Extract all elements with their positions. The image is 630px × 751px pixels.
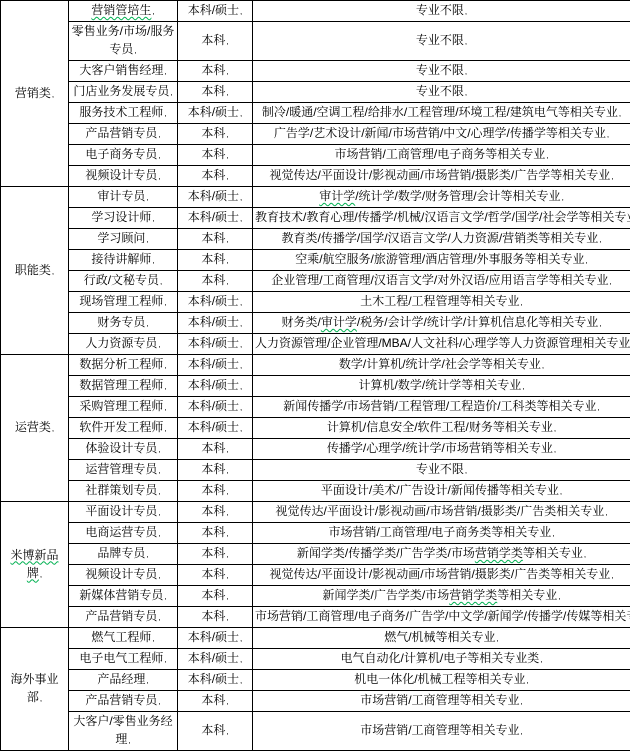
cell-text: 产品营销专员 <box>85 126 157 140</box>
cell-text: 审计专员 <box>97 189 145 203</box>
majors-cell: 新闻传播学/市场营销/工程管理/工程造价/工科类等相关专业, <box>253 397 630 418</box>
cell-end-mark: , <box>240 319 242 328</box>
cell-end-mark: , <box>128 736 130 745</box>
cell-text: 电子商务专员 <box>85 147 157 161</box>
cell-text: 本科 <box>201 525 225 539</box>
table-row: 电商运营专员,本科,市场营销/工商管理/电子商务类等相关专业, <box>1 523 630 544</box>
cell-text: 本科/硕士 <box>188 399 239 413</box>
cell-text: 视觉传达/平面设计/影视动画/市场营销/摄影类/广告类等相关专业 <box>270 567 611 581</box>
majors-cell: 市场营销/工商管理/电子商务类等相关专业, <box>253 523 630 544</box>
table-row: 海外事业部,燃气工程师,本科/硕士,燃气/机械等相关专业, <box>1 628 630 649</box>
majors-cell: 专业不限, <box>253 61 630 82</box>
cell-end-mark: , <box>152 634 154 643</box>
category-cell: 米博新品牌, <box>1 502 69 628</box>
position-cell: 平面设计专员, <box>69 502 178 523</box>
cell-text: 本科 <box>201 504 225 518</box>
cell-end-mark: , <box>146 676 148 685</box>
majors-cell: 新闻学类/传播学类/广告学类/市场营销学类等相关专业, <box>253 544 630 565</box>
majors-cell: 计算机/数学/统计学等相关专业, <box>253 376 630 397</box>
cell-end-mark: , <box>164 655 166 664</box>
cell-text: 传播学/心理学/统计学/市场营销等相关专业 <box>327 441 553 455</box>
education-cell: 本科, <box>178 61 253 82</box>
cell-end-mark: , <box>158 445 160 454</box>
cell-text: 品牌专员 <box>97 546 145 560</box>
table-row: 现场管理工程师,本科/硕士,土木工程/工程管理等相关专业, <box>1 292 630 313</box>
cell-end-mark: , <box>226 487 228 496</box>
cell-text: 本科 <box>201 63 225 77</box>
cell-text: 现场管理工程师 <box>79 294 163 308</box>
cell-text: 教育技术/教育心理/传播学/机械/汉语言文学/哲学/国学/社会学等相关专业 <box>255 210 630 224</box>
position-cell: 现场管理工程师, <box>69 292 178 313</box>
cell-text: 零售业务/市场/服务专员 <box>72 24 175 56</box>
table-row: 行政/文秘专员,本科,企业管理/工商管理/汉语言文学/对外汉语/应用语言学等相关… <box>1 271 630 292</box>
cell-text: 营销类 <box>15 86 51 100</box>
cell-end-mark: , <box>164 382 166 391</box>
cell-end-mark: , <box>160 277 162 286</box>
cell-end-mark: , <box>521 727 523 736</box>
cell-text: 学习顾问 <box>97 231 145 245</box>
cell-end-mark: , <box>240 655 242 664</box>
cell-text: 数据分析工程师 <box>79 357 163 371</box>
cell-text: 本科 <box>201 483 225 497</box>
cell-end-mark: , <box>240 214 242 223</box>
education-cell: 本科, <box>178 565 253 586</box>
cell-text: 本科/硕士 <box>188 420 239 434</box>
majors-cell: 市场营销/工商管理/电子商务/广告学/中文学/新闻学/传播学/传媒等相关专业, <box>253 607 630 628</box>
cell-end-mark: , <box>158 508 160 517</box>
cell-text: 本科 <box>201 84 225 98</box>
cell-end-mark: , <box>522 382 524 391</box>
job-table: 营销类,营销管培生,本科/硕士,专业不限,零售业务/市场/服务专员,本科,专业不… <box>0 0 630 751</box>
cell-text: 数据管理工程师 <box>79 378 163 392</box>
position-cell: 电子商务专员, <box>69 145 178 166</box>
position-cell: 学习顾问, <box>69 229 178 250</box>
cell-text: 等相关专业 <box>497 588 557 602</box>
education-cell: 本科/硕士, <box>178 187 253 208</box>
cell-text: 大客户销售经理 <box>79 63 163 77</box>
education-cell: 本科/硕士, <box>178 670 253 691</box>
cell-text: 本科/硕士 <box>188 357 239 371</box>
education-cell: 本科, <box>178 691 253 712</box>
majors-cell: 视觉传达/平面设计/影视动画/市场营销/摄影类/广告类相关专业, <box>253 502 630 523</box>
majors-cell: 专业不限, <box>253 1 630 22</box>
cell-end-mark: , <box>521 298 523 307</box>
cell-end-mark: , <box>605 508 607 517</box>
cell-text: /统计学/数学/财务管理/会计等相关专业 <box>355 189 560 203</box>
majors-cell: 数学/计算机/统计学/社会学等相关专业, <box>253 355 630 376</box>
cell-end-mark: , <box>497 634 499 643</box>
cell-end-mark: , <box>158 172 160 181</box>
table-row: 产品营销专员,本科,市场营销/工商管理/电子商务/广告学/中文学/新闻学/传播学… <box>1 607 630 628</box>
position-cell: 学习设计师, <box>69 208 178 229</box>
table-row: 运营类,数据分析工程师,本科/硕士,数学/计算机/统计学/社会学等相关专业, <box>1 355 630 376</box>
cell-end-mark: , <box>465 37 467 46</box>
cell-text: 等相关专业 <box>523 546 583 560</box>
cell-text: 电子电气工程师 <box>79 651 163 665</box>
cell-text: 本科 <box>201 168 225 182</box>
cell-text: 财务类/ <box>282 315 321 329</box>
cell-text: 本科/硕士 <box>188 378 239 392</box>
cell-end-mark: , <box>465 88 467 97</box>
cell-end-mark: , <box>170 88 172 97</box>
cell-end-mark: , <box>554 445 556 454</box>
cell-text: 运营类 <box>15 420 51 434</box>
education-cell: 本科, <box>178 481 253 502</box>
table-row: 服务技术工程师,本科/硕士,制冷/暖通/空调工程/给排水/工程管理/环境工程/建… <box>1 103 630 124</box>
majors-cell: 空乘/航空服务/旅游管理/酒店管理/外事服务等相关专业, <box>253 250 630 271</box>
cell-text: 产品经理 <box>97 672 145 686</box>
cell-text: 本科 <box>201 693 225 707</box>
position-cell: 产品营销专员, <box>69 607 178 628</box>
majors-cell: 土木工程/工程管理等相关专业, <box>253 292 630 313</box>
cell-end-mark: , <box>146 319 148 328</box>
spellcheck-wavy-text: 营销管培生 <box>91 3 151 17</box>
table-row: 门店业务发展专员,本科,专业不限, <box>1 82 630 103</box>
cell-text: 本科/硕士 <box>188 105 239 119</box>
cell-end-mark: , <box>158 466 160 475</box>
cell-text: 本科 <box>201 609 225 623</box>
cell-end-mark: , <box>560 487 562 496</box>
position-cell: 大客户/零售业务经理, <box>69 712 178 751</box>
cell-end-mark: , <box>610 277 612 286</box>
table-row: 产品营销专员,本科,市场营销/工商管理等相关专业, <box>1 691 630 712</box>
position-cell: 行政/文秘专员, <box>69 271 178 292</box>
education-cell: 本科/硕士, <box>178 418 253 439</box>
majors-cell: 广告学/艺术设计/新闻/市场营销/中文/心理学/传播学等相关专业, <box>253 124 630 145</box>
cell-text: 专业不限 <box>416 63 464 77</box>
table-row: 产品经理,本科/硕士,机电一体化/机械工程等相关专业, <box>1 670 630 691</box>
spellcheck-wavy-text: 营销学类 <box>449 588 497 602</box>
cell-end-mark: , <box>40 570 42 579</box>
position-cell: 电商运营专员, <box>69 523 178 544</box>
education-cell: 本科/硕士, <box>178 208 253 229</box>
cell-end-mark: , <box>226 130 228 139</box>
cell-text: 本科/硕士 <box>188 189 239 203</box>
cell-text: 视频设计专员 <box>85 567 157 581</box>
table-row: 软件开发工程师,本科/硕士,计算机/信息安全/软件工程/财务等相关专业, <box>1 418 630 439</box>
cell-end-mark: , <box>599 319 601 328</box>
cell-text: 本科 <box>201 441 225 455</box>
cell-end-mark: , <box>152 7 154 16</box>
cell-text: 电气自动化/计算机/电子等相关专业类 <box>341 651 540 665</box>
table-row: 营销类,营销管培生,本科/硕士,专业不限, <box>1 1 630 22</box>
cell-text: 市场营销/工商管理/电子商务/广告学/中文学/新闻学/传播学/传媒等相关专业 <box>255 609 630 623</box>
majors-cell: 市场营销/工商管理等相关专业, <box>253 691 630 712</box>
cell-text: 新闻学类/广告学类/市场 <box>323 588 450 602</box>
cell-end-mark: , <box>158 529 160 538</box>
cell-end-mark: , <box>240 193 242 202</box>
cell-text: 专业不限 <box>416 3 464 17</box>
cell-end-mark: , <box>146 550 148 559</box>
cell-end-mark: , <box>226 277 228 286</box>
majors-cell: 市场营销/工商管理/电子商务等相关专业, <box>253 145 630 166</box>
position-cell: 财务专员, <box>69 313 178 334</box>
table-row: 电子电气工程师,本科/硕士,电气自动化/计算机/电子等相关专业类, <box>1 649 630 670</box>
cell-text: 本科 <box>201 147 225 161</box>
table-row: 财务专员,本科/硕士,财务类/审计学/税务/会计学/统计学/计算机信息化等相关专… <box>1 313 630 334</box>
cell-end-mark: , <box>52 424 54 433</box>
position-cell: 产品营销专员, <box>69 691 178 712</box>
position-cell: 接待讲解师, <box>69 250 178 271</box>
cell-end-mark: , <box>146 235 148 244</box>
cell-end-mark: , <box>611 571 613 580</box>
cell-text: 市场营销/工商管理等相关专业 <box>360 723 519 737</box>
category-cell: 运营类, <box>1 355 69 502</box>
majors-cell: 机电一体化/机械工程等相关专业, <box>253 670 630 691</box>
cell-end-mark: , <box>164 298 166 307</box>
cell-end-mark: , <box>240 382 242 391</box>
cell-text: 本科/硕士 <box>188 315 239 329</box>
education-cell: 本科/硕士, <box>178 397 253 418</box>
cell-text: 门店业务发展专员 <box>73 84 169 98</box>
majors-cell: 人力资源管理/企业管理/MBA/人文社科/心理学等人力资源管理相关专业, <box>253 334 630 355</box>
education-cell: 本科, <box>178 271 253 292</box>
cell-end-mark: , <box>164 67 166 76</box>
cell-text: 行政/文秘专员 <box>84 273 159 287</box>
education-cell: 本科/硕士, <box>178 292 253 313</box>
cell-text: 燃气工程师 <box>91 630 151 644</box>
cell-text: 市场营销/工商管理/电子商务类等相关专业 <box>329 525 552 539</box>
spellcheck-wavy-text: 米博新品牌 <box>10 548 58 580</box>
education-cell: 本科/硕士, <box>178 1 253 22</box>
cell-end-mark: , <box>164 361 166 370</box>
cell-end-mark: , <box>52 90 54 99</box>
cell-end-mark: , <box>521 697 523 706</box>
position-cell: 产品经理, <box>69 670 178 691</box>
majors-cell: 平面设计/美术/广告设计/新闻传播等相关专业, <box>253 481 630 502</box>
table-row: 视频设计专员,本科,视觉传达/平面设计/影视动画/市场营销/摄影类/广告学等相关… <box>1 166 630 187</box>
cell-text: 产品营销专员 <box>85 609 157 623</box>
cell-end-mark: , <box>226 697 228 706</box>
majors-cell: 电气自动化/计算机/电子等相关专业类, <box>253 649 630 670</box>
cell-text: 数学/计算机/统计学/社会学等相关专业 <box>339 357 541 371</box>
position-cell: 燃气工程师, <box>69 628 178 649</box>
cell-text: 视觉传达/平面设计/影视动画/市场营销/摄影类/广告学等相关专业 <box>270 168 611 182</box>
position-cell: 服务技术工程师, <box>69 103 178 124</box>
education-cell: 本科, <box>178 166 253 187</box>
table-row: 接待讲解师,本科,空乘/航空服务/旅游管理/酒店管理/外事服务等相关专业, <box>1 250 630 271</box>
cell-end-mark: , <box>226 256 228 265</box>
cell-end-mark: , <box>158 340 160 349</box>
cell-text: 学习设计师 <box>91 210 151 224</box>
cell-text: 本科 <box>201 567 225 581</box>
cell-text: 本科/硕士 <box>188 336 239 350</box>
majors-cell: 市场营销/工商管理等相关专业, <box>253 712 630 751</box>
majors-cell: 专业不限, <box>253 82 630 103</box>
cell-end-mark: , <box>240 109 242 118</box>
cell-end-mark: , <box>240 424 242 433</box>
cell-end-mark: , <box>226 727 228 736</box>
cell-end-mark: , <box>598 403 600 412</box>
cell-text: 本科/硕士 <box>188 672 239 686</box>
cell-end-mark: , <box>240 298 242 307</box>
cell-end-mark: , <box>240 361 242 370</box>
cell-end-mark: , <box>158 130 160 139</box>
table-row: 学习顾问,本科,教育类/传播学/国学/汉语言文学/人力资源/营销类等相关专业, <box>1 229 630 250</box>
education-cell: 本科, <box>178 502 253 523</box>
cell-text: 平面设计/美术/广告设计/新闻传播等相关专业 <box>321 483 559 497</box>
cell-text: 本科/硕士 <box>188 651 239 665</box>
cell-end-mark: , <box>527 676 529 685</box>
cell-end-mark: , <box>552 529 554 538</box>
cell-end-mark: , <box>152 256 154 265</box>
education-cell: 本科/硕士, <box>178 628 253 649</box>
education-cell: 本科/硕士, <box>178 103 253 124</box>
cell-text: 平面设计专员 <box>85 504 157 518</box>
cell-end-mark: , <box>146 193 148 202</box>
education-cell: 本科, <box>178 586 253 607</box>
cell-end-mark: , <box>158 151 160 160</box>
table-row: 品牌专员,本科,新闻学类/传播学类/广告学类/市场营销学类等相关专业, <box>1 544 630 565</box>
majors-cell: 视觉传达/平面设计/影视动画/市场营销/摄影类/广告类等相关专业, <box>253 565 630 586</box>
cell-end-mark: , <box>465 67 467 76</box>
cell-end-mark: , <box>240 403 242 412</box>
table-row: 人力资源专员,本科/硕士,人力资源管理/企业管理/MBA/人文社科/心理学等人力… <box>1 334 630 355</box>
cell-end-mark: , <box>158 613 160 622</box>
cell-end-mark: , <box>226 37 228 46</box>
cell-text: 制冷/暖通/空调工程/给排水/工程管理/环境工程/建筑电气等相关专业 <box>262 105 618 119</box>
majors-cell: 制冷/暖通/空调工程/给排水/工程管理/环境工程/建筑电气等相关专业, <box>253 103 630 124</box>
cell-end-mark: , <box>584 550 586 559</box>
position-cell: 采购管理工程师, <box>69 397 178 418</box>
majors-cell: 传播学/心理学/统计学/市场营销等相关专业, <box>253 439 630 460</box>
position-cell: 营销管培生, <box>69 1 178 22</box>
majors-cell: 新闻学类/广告学类/市场营销学类等相关专业, <box>253 586 630 607</box>
cell-text: 本科 <box>201 33 225 47</box>
education-cell: 本科, <box>178 145 253 166</box>
majors-cell: 财务类/审计学/税务/会计学/统计学/计算机信息化等相关专业, <box>253 313 630 334</box>
cell-text: 企业管理/工商管理/汉语言文学/对外汉语/应用语言学等相关专业 <box>271 273 608 287</box>
cell-end-mark: , <box>164 424 166 433</box>
cell-text: 接待讲解师 <box>91 252 151 266</box>
cell-text: 燃气/机械等相关专业 <box>384 630 495 644</box>
position-cell: 视频设计专员, <box>69 166 178 187</box>
education-cell: 本科, <box>178 250 253 271</box>
cell-text: 空乘/航空服务/旅游管理/酒店管理/外事服务等相关专业 <box>295 252 584 266</box>
cell-text: 运营管理专员 <box>85 462 157 476</box>
position-cell: 品牌专员, <box>69 544 178 565</box>
cell-end-mark: , <box>226 466 228 475</box>
spellcheck-wavy-text: 营销学类 <box>475 546 523 560</box>
cell-end-mark: , <box>619 109 621 118</box>
position-cell: 人力资源专员, <box>69 334 178 355</box>
spellcheck-wavy-text: 审计学 <box>319 189 355 203</box>
cell-end-mark: , <box>611 172 613 181</box>
cell-text: /税务/会计学/统计学/计算机信息化等相关专业 <box>357 315 598 329</box>
cell-end-mark: , <box>240 634 242 643</box>
cell-text: 本科 <box>201 252 225 266</box>
cell-text: 广告学/艺术设计/新闻/市场营销/中文/心理学/传播学等相关专业 <box>274 126 606 140</box>
position-cell: 软件开发工程师, <box>69 418 178 439</box>
cell-text: 体验设计专员 <box>85 441 157 455</box>
education-cell: 本科, <box>178 229 253 250</box>
table-row: 社群策划专员,本科,平面设计/美术/广告设计/新闻传播等相关专业, <box>1 481 630 502</box>
cell-text: 财务专员 <box>97 315 145 329</box>
job-table-body: 营销类,营销管培生,本科/硕士,专业不限,零售业务/市场/服务专员,本科,专业不… <box>1 1 630 751</box>
majors-cell: 企业管理/工商管理/汉语言文学/对外汉语/应用语言学等相关专业, <box>253 271 630 292</box>
position-cell: 产品营销专员, <box>69 124 178 145</box>
education-cell: 本科, <box>178 22 253 61</box>
cell-end-mark: , <box>465 7 467 16</box>
cell-end-mark: , <box>240 676 242 685</box>
table-row: 产品营销专员,本科,广告学/艺术设计/新闻/市场营销/中文/心理学/传播学等相关… <box>1 124 630 145</box>
majors-cell: 教育类/传播学/国学/汉语言文学/人力资源/营销类等相关专业, <box>253 229 630 250</box>
cell-end-mark: , <box>158 487 160 496</box>
cell-text: 本科 <box>201 126 225 140</box>
cell-end-mark: , <box>226 445 228 454</box>
cell-text: 职能类 <box>15 263 51 277</box>
cell-text: 服务技术工程师 <box>79 105 163 119</box>
position-cell: 运营管理专员, <box>69 460 178 481</box>
category-cell: 海外事业部, <box>1 628 69 751</box>
cell-end-mark: , <box>607 130 609 139</box>
cell-text: 计算机/数学/统计学等相关专业 <box>359 378 522 392</box>
table-row: 职能类,审计专员,本科/硕士,审计学/统计学/数学/财务管理/会计等相关专业, <box>1 187 630 208</box>
position-cell: 零售业务/市场/服务专员, <box>69 22 178 61</box>
cell-text: 本科 <box>201 546 225 560</box>
cell-text: 本科 <box>201 462 225 476</box>
education-cell: 本科, <box>178 124 253 145</box>
position-cell: 审计专员, <box>69 187 178 208</box>
cell-text: 人力资源管理/企业管理/MBA/人文社科/心理学等人力资源管理相关专业 <box>255 336 630 350</box>
cell-end-mark: , <box>226 508 228 517</box>
cell-end-mark: , <box>226 550 228 559</box>
cell-end-mark: , <box>226 235 228 244</box>
cell-text: 专业不限 <box>416 33 464 47</box>
cell-text: 新闻传播学/市场营销/工程管理/工程造价/工科类等相关专业 <box>283 399 596 413</box>
position-cell: 大客户销售经理, <box>69 61 178 82</box>
education-cell: 本科, <box>178 544 253 565</box>
table-row: 视频设计专员,本科,视觉传达/平面设计/影视动画/市场营销/摄影类/广告类等相关… <box>1 565 630 586</box>
position-cell: 新媒体营销专员, <box>69 586 178 607</box>
table-row: 米博新品牌,平面设计专员,本科,视觉传达/平面设计/影视动画/市场营销/摄影类/… <box>1 502 630 523</box>
spellcheck-wavy-text: 审计学 <box>321 315 357 329</box>
table-row: 电子商务专员,本科,市场营销/工商管理/电子商务等相关专业, <box>1 145 630 166</box>
cell-end-mark: , <box>164 109 166 118</box>
cell-end-mark: , <box>546 151 548 160</box>
cell-text: 新闻学类/传播学类/广告学类/市场 <box>297 546 475 560</box>
majors-cell: 教育技术/教育心理/传播学/机械/汉语言文学/哲学/国学/社会学等相关专业, <box>253 208 630 229</box>
cell-text: 本科/硕士 <box>188 294 239 308</box>
position-cell: 社群策划专员, <box>69 481 178 502</box>
education-cell: 本科/硕士, <box>178 376 253 397</box>
cell-end-mark: , <box>240 7 242 16</box>
cell-text: 软件开发工程师 <box>79 420 163 434</box>
cell-end-mark: , <box>562 193 564 202</box>
majors-cell: 审计学/统计学/数学/财务管理/会计等相关专业, <box>253 187 630 208</box>
cell-text: 社群策划专员 <box>85 483 157 497</box>
table-row: 大客户销售经理,本科,专业不限, <box>1 61 630 82</box>
cell-text: 市场营销/工商管理/电子商务等相关专业 <box>335 147 546 161</box>
table-row: 新媒体营销专员,本科,新闻学类/广告学类/市场营销学类等相关专业, <box>1 586 630 607</box>
cell-text: 本科 <box>201 723 225 737</box>
cell-end-mark: , <box>226 529 228 538</box>
cell-text: 本科 <box>201 588 225 602</box>
cell-end-mark: , <box>164 403 166 412</box>
cell-text: 本科/硕士 <box>188 630 239 644</box>
cell-end-mark: , <box>164 592 166 601</box>
cell-end-mark: , <box>226 613 228 622</box>
cell-end-mark: , <box>158 697 160 706</box>
cell-end-mark: , <box>134 46 136 55</box>
cell-end-mark: , <box>40 694 42 703</box>
education-cell: 本科, <box>178 439 253 460</box>
category-cell: 职能类, <box>1 187 69 355</box>
cell-end-mark: , <box>226 67 228 76</box>
cell-text: 计算机/信息安全/软件工程/财务等相关专业 <box>327 420 553 434</box>
education-cell: 本科, <box>178 712 253 751</box>
cell-text: 教育类/传播学/国学/汉语言文学/人力资源/营销类等相关专业 <box>282 231 599 245</box>
